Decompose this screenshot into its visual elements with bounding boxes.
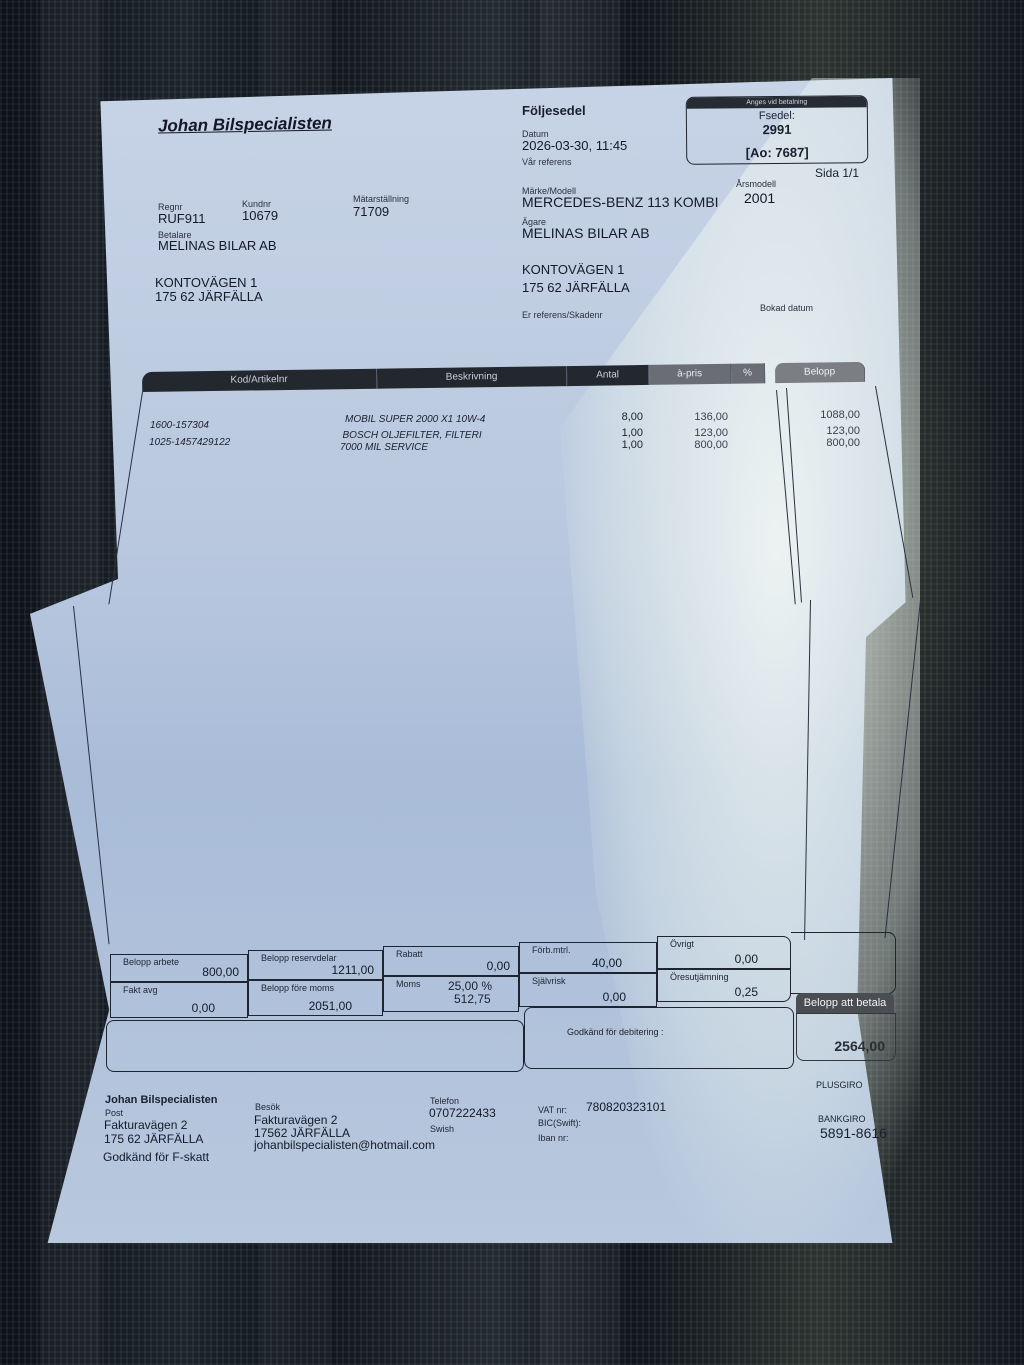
post-city: 175 62 JÄRFÄLLA xyxy=(104,1132,203,1146)
approval-label: Godkänd för debitering : xyxy=(567,1027,664,1037)
deductible-value: 0,00 xyxy=(603,990,626,1004)
page-number: Sida 1/1 xyxy=(815,166,859,180)
parts-value: 1211,00 xyxy=(332,963,375,977)
our-ref-label: Vår referens xyxy=(522,157,572,167)
bankgiro-label: BANKGIRO xyxy=(818,1114,866,1124)
fsedel-number: 2991 xyxy=(687,121,867,138)
col-code: Kod/Artikelnr xyxy=(142,369,377,392)
model-value: MERCEDES-BENZ 113 KOMBI xyxy=(522,194,719,210)
phone-label: Telefon xyxy=(430,1096,459,1106)
visit-street: Fakturavägen 2 xyxy=(254,1113,337,1127)
item-qty: 1,00 xyxy=(583,439,643,451)
owner-city: 175 62 JÄRFÄLLA xyxy=(522,280,630,295)
your-ref-label: Er referens/Skadenr xyxy=(522,310,603,320)
plusgiro-label: PLUSGIRO xyxy=(816,1080,863,1090)
col-unit-price: à-pris xyxy=(649,364,731,385)
iban-label: Iban nr: xyxy=(538,1133,569,1143)
table-border-left xyxy=(108,392,143,605)
rounding-value: 0,25 xyxy=(735,985,758,999)
pre-vat-cell: Belopp före moms 2051,00 xyxy=(248,980,383,1016)
vat-rate: 25,00 % xyxy=(448,979,492,993)
body-border-far-right xyxy=(884,600,921,938)
deductible-cell: Självrisk 0,00 xyxy=(519,973,657,1007)
item-qty: 1,00 xyxy=(583,427,643,439)
invoice-fee-cell: Fakt avg 0,00 xyxy=(110,982,248,1018)
payer-street: KONTOVÄGEN 1 xyxy=(155,275,257,290)
post-label: Post xyxy=(105,1108,123,1118)
date-value: 2026-03-30, 11:45 xyxy=(522,138,627,153)
email-link[interactable]: johanbilspecialisten@hotmail.com xyxy=(254,1138,435,1152)
odometer-value: 71709 xyxy=(353,204,389,219)
kundnr-value: 10679 xyxy=(242,208,278,223)
phone-value: 0707222433 xyxy=(429,1106,496,1120)
year-label: Årsmodell xyxy=(736,179,776,189)
regnr-value: RUF911 xyxy=(158,211,205,226)
owner-street: KONTOVÄGEN 1 xyxy=(522,262,624,277)
item-code: 1600-157304 xyxy=(150,420,209,431)
col-description: Beskrivning xyxy=(377,366,567,389)
rounding-cell: Öresutjämning 0,25 xyxy=(657,969,791,1002)
item-code: 1025-1457429122 xyxy=(149,437,230,448)
swish-label: Swish xyxy=(430,1124,454,1134)
ftax-text: Godkänd för F-skatt xyxy=(103,1150,209,1164)
discount-cell: Rabatt 0,00 xyxy=(383,946,519,976)
col-amount: Belopp xyxy=(775,362,865,383)
approval-box: Godkänd för debitering : xyxy=(524,1007,794,1069)
post-street: Fakturavägen 2 xyxy=(104,1118,187,1132)
item-amount: 1088,00 xyxy=(780,409,860,421)
item-description: BOSCH OLJEFILTER, FILTERI xyxy=(343,430,482,441)
discount-value: 0,00 xyxy=(487,959,510,973)
total-header: Belopp att betala xyxy=(796,993,894,1013)
labor-cell: Belopp arbete 800,00 xyxy=(110,954,248,982)
parts-cell: Belopp reservdelar 1211,00 xyxy=(248,950,383,980)
bankgiro-value: 5891-8616 xyxy=(820,1125,887,1141)
consumables-cell: Förb.mtrl. 40,00 xyxy=(519,942,657,973)
owner-name: MELINAS BILAR AB xyxy=(522,225,650,241)
col-qty: Antal xyxy=(567,365,649,386)
vat-nr-value: 780820323101 xyxy=(586,1100,666,1114)
payer-city: 175 62 JÄRFÄLLA xyxy=(155,289,263,304)
document-title: Följesedel xyxy=(522,103,586,118)
pre-vat-value: 2051,00 xyxy=(309,999,352,1013)
ao-number: [Ao: 7687] xyxy=(687,144,867,161)
summary-right-blank xyxy=(791,932,896,994)
item-amount: 800,00 xyxy=(780,437,860,449)
labor-value: 800,00 xyxy=(202,965,239,979)
col-discount: % xyxy=(731,363,765,383)
item-qty: 8,00 xyxy=(583,411,643,423)
body-border-left xyxy=(73,606,110,944)
items-table-header: Kod/Artikelnr Beskrivning Antal à-pris %… xyxy=(142,362,878,392)
total-value: 2564,00 xyxy=(834,1038,885,1054)
odometer-label: Mätarställning xyxy=(353,194,409,204)
vat-nr-label: VAT nr: xyxy=(538,1105,567,1115)
other-value: 0,00 xyxy=(735,952,758,966)
year-value: 2001 xyxy=(744,190,775,206)
other-cell: Övrigt 0,00 xyxy=(657,936,791,969)
item-unit-price: 123,00 xyxy=(658,427,728,439)
fsedel-box: Anges vid betalning Fsedel: 2991 [Ao: 76… xyxy=(686,95,869,165)
invoice-document: Johan Bilspecialisten Följesedel Datum 2… xyxy=(0,0,1024,1365)
payer-name: MELINAS BILAR AB xyxy=(158,238,277,253)
consumables-value: 40,00 xyxy=(592,956,622,970)
amount-column-border-right xyxy=(875,386,913,598)
footer-company: Johan Bilspecialisten xyxy=(105,1094,217,1106)
company-name: Johan Bilspecialisten xyxy=(158,113,332,136)
bic-label: BIC(Swift): xyxy=(538,1118,581,1128)
vat-cell: Moms 25,00 % 512,75 xyxy=(383,976,519,1012)
booked-date-label: Bokad datum xyxy=(760,303,813,313)
item-amount: 123,00 xyxy=(780,425,860,437)
item-unit-price: 800,00 xyxy=(658,439,728,451)
visit-label: Besök xyxy=(255,1102,280,1112)
invoice-fee-value: 0,00 xyxy=(192,1001,215,1015)
fsedel-header: Anges vid betalning xyxy=(687,96,867,109)
item-description: MOBIL SUPER 2000 X1 10W-4 xyxy=(345,414,485,425)
vat-amount: 512,75 xyxy=(454,992,491,1006)
total-box: 2564,00 xyxy=(796,1013,896,1061)
item-unit-price: 136,00 xyxy=(658,411,728,423)
body-border-right xyxy=(804,600,811,940)
item-description: 7000 MIL SERVICE xyxy=(340,442,428,453)
notes-box xyxy=(106,1020,524,1072)
